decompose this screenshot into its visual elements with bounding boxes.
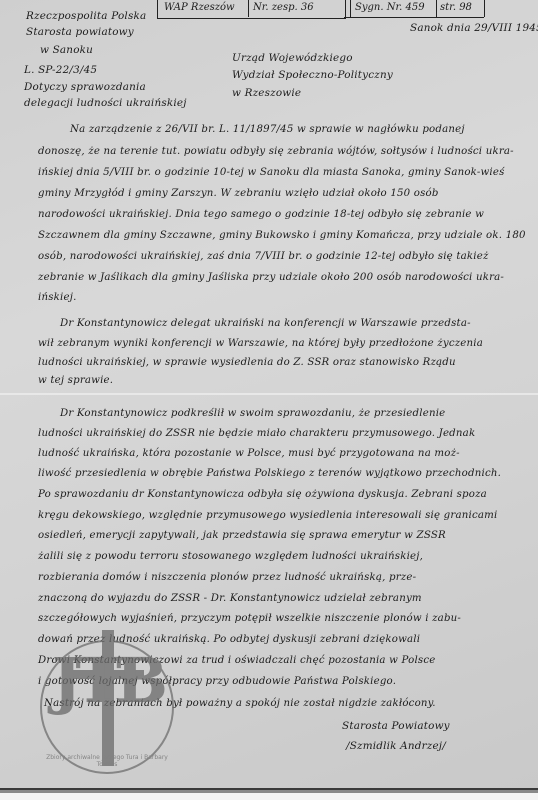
body-line: ludności ukraińskiej, w sprawie wysiedle… xyxy=(38,357,456,368)
body-line: zebranie w Jaślikach dla gminy Jaśliska … xyxy=(38,272,504,283)
body-line: liwość przesiedlenia w obrębie Państwa P… xyxy=(38,468,501,479)
document-page: WAP Rzeszów Nr. zesp. 36 Sygn. Nr. 459 s… xyxy=(0,0,538,790)
sender-office: Starosta powiatowy xyxy=(26,26,134,38)
body-line: osiedleń, emerycji zapytywali, jak przed… xyxy=(38,530,446,541)
body-line: ludności ukraińskiej do ZSSR nie będzie … xyxy=(38,428,475,439)
body-line: Po sprawozdaniu dr Konstantynowicza odby… xyxy=(38,489,487,500)
place-date: Sanok dnia 29/VIII 1945 xyxy=(410,22,538,34)
body-line: Szczawnem dla gminy Szczawne, gminy Buko… xyxy=(38,230,526,241)
body-line: osób, narodowości ukraińskiej, zaś dnia … xyxy=(38,251,489,262)
signature-number: Sygn. Nr. 459 xyxy=(355,2,425,13)
sender-country: Rzeczpospolita Polska xyxy=(26,10,146,22)
subject-line-2: delegacji ludności ukraińskiej xyxy=(24,97,187,109)
body-line: żalili się z powodu terroru stosowanego … xyxy=(38,551,423,562)
header-box-right xyxy=(484,0,485,17)
page-fold-line xyxy=(0,393,538,395)
archive-header-box: WAP Rzeszów xyxy=(157,0,346,19)
recipient-location: w Rzeszowie xyxy=(232,87,301,99)
body-line: w tej sprawie. xyxy=(38,375,113,386)
body-line: rozbierania domów i niszczenia plonów pr… xyxy=(38,572,416,583)
header-divider xyxy=(350,0,351,17)
body-line: kręgu dekowskiego, względnie przymusoweg… xyxy=(38,510,497,521)
collection-number: Nr. zesp. 36 xyxy=(253,2,314,13)
stamp-monogram: JTB xyxy=(42,650,172,712)
recipient-department: Wydział Społeczno-Polityczny xyxy=(232,69,393,81)
body-line: szczegółowych wyjaśnień, przyczym potępi… xyxy=(38,613,461,624)
header-divider xyxy=(436,0,437,17)
body-line: znaczoną do wyjazdu do ZSSR - Dr. Konsta… xyxy=(38,593,422,604)
body-line: ińskiej dnia 5/VIII br. o godzinie 10-te… xyxy=(38,167,505,178)
page-number: str. 98 xyxy=(440,2,472,13)
sender-location: w Sanoku xyxy=(40,44,93,56)
body-line: wił zebranym wyniki konferencji w Warsza… xyxy=(38,338,483,349)
body-line: gminy Mrzygłód i gminy Zarszyn. W zebran… xyxy=(38,188,439,199)
header-divider xyxy=(248,0,249,17)
body-line: Dr Konstantynowicz delegat ukraiński na … xyxy=(60,318,471,329)
recipient-office: Urząd Wojewódzkiego xyxy=(232,52,353,64)
reference-number: L. SP-22/3/45 xyxy=(24,64,97,76)
stamp-caption: Zbiory archiwalne Jerzego Tura i Barbary… xyxy=(42,754,172,768)
body-line: Dr Konstantynowicz podkreślił w swoim sp… xyxy=(60,408,445,419)
body-line: ińskiej. xyxy=(38,292,77,303)
archive-name: WAP Rzeszów xyxy=(164,2,235,13)
subject-line-1: Dotyczy sprawozdania xyxy=(24,81,146,93)
body-line: ludność ukraińska, która pozostanie w Po… xyxy=(38,448,460,459)
signature-title: Starosta Powiatowy xyxy=(342,720,450,732)
body-line: Na zarządzenie z 26/VII br. L. 11/1897/4… xyxy=(70,124,465,135)
signature-name: /Szmidlik Andrzej/ xyxy=(346,740,446,752)
body-line: narodowości ukraińskiej. Dnia tego sameg… xyxy=(38,209,484,220)
body-line: donoszę, że na terenie tut. powiatu odby… xyxy=(38,146,514,157)
header-box-bottom xyxy=(344,17,484,18)
archive-stamp: JTB Zbiory archiwalne Jerzego Tura i Bar… xyxy=(40,640,174,774)
